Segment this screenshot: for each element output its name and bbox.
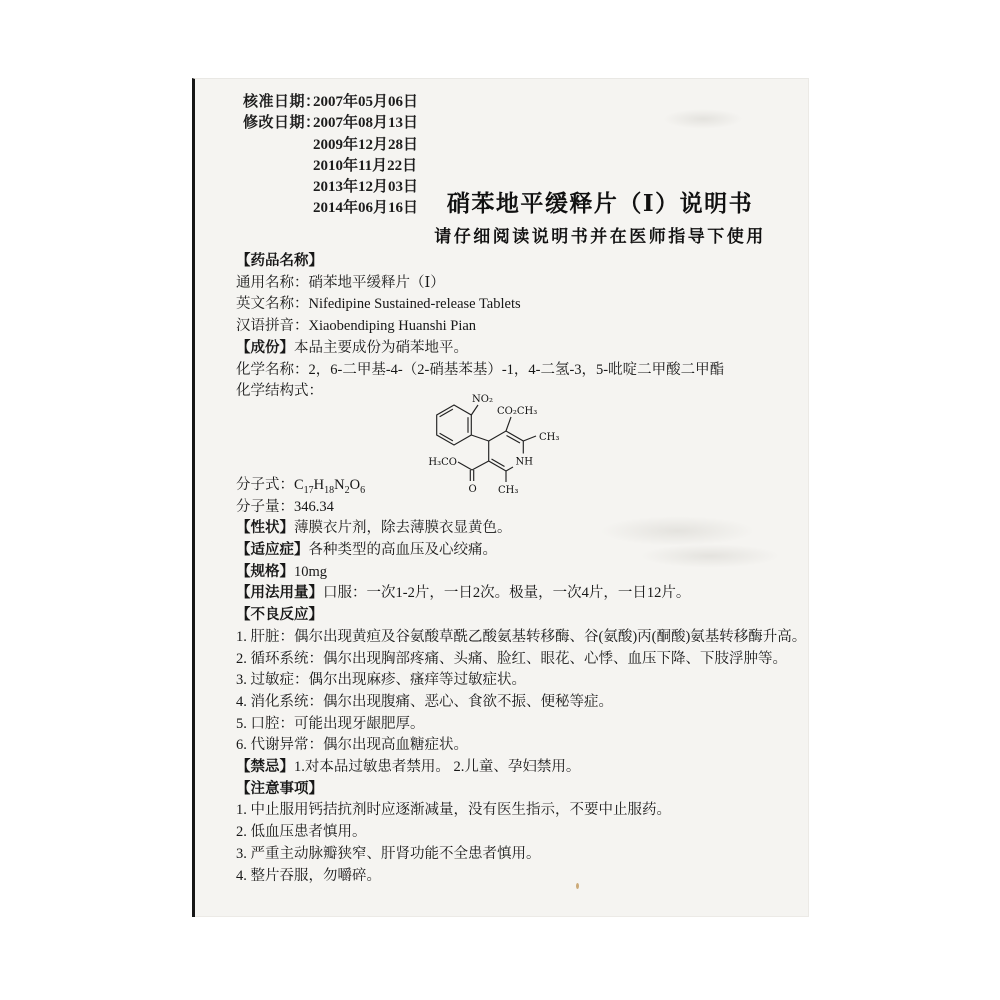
dhp-ring-edge bbox=[489, 441, 513, 471]
ester-top-label: CO₂CH₃ bbox=[497, 406, 537, 417]
benzene-ring bbox=[437, 405, 472, 445]
doc-line: 【药品名称】 bbox=[236, 251, 802, 273]
date-row: 2010年11月22日 bbox=[243, 156, 418, 177]
doc-text: 5. 口腔：可能出现牙龈肥厚。 bbox=[236, 716, 425, 732]
date-row: 2009年12月28日 bbox=[243, 135, 418, 156]
revision-date-value: 2007年08月13日 bbox=[313, 113, 418, 134]
doc-text: 4. 消化系统：偶尔出现腹痛、恶心、食欲不振、便秘等症。 bbox=[236, 694, 613, 710]
doc-line: 化学名称：2，6-二甲基-4-（2-硝基苯基）-1，4-二氢-3，5-吡啶二甲酸… bbox=[236, 360, 802, 382]
doc-text: 2. 低血压患者慎用。 bbox=[236, 824, 367, 840]
doc-text: H bbox=[314, 477, 324, 493]
doc-text: N bbox=[334, 477, 344, 493]
doc-text: 3. 严重主动脉瓣狭窄、肝肾功能不全患者慎用。 bbox=[236, 846, 541, 862]
scan-canvas: 核准日期： 2007年05月06日 修改日期： 2007年08月13日 2009… bbox=[0, 0, 1000, 1000]
carbonyl-o-label: O bbox=[469, 484, 477, 495]
methyl-right-label: CH₃ bbox=[539, 432, 559, 443]
doc-text: 汉语拼音：Xiaobendiping Huanshi Pian bbox=[236, 318, 476, 334]
section-heading: 【性状】 bbox=[236, 520, 294, 536]
section-heading: 【不良反应】 bbox=[236, 607, 323, 623]
doc-line: 【不良反应】 bbox=[236, 605, 802, 627]
doc-line: 1. 中止服用钙拮抗剂时应逐渐减量，没有医生指示，不要中止服药。 bbox=[236, 800, 802, 822]
doc-line: 6. 代谢异常：偶尔出现高血糖症状。 bbox=[236, 735, 802, 757]
doc-text: 1. 肝脏：偶尔出现黄疸及谷氨酸草酰乙酸氨基转移酶、谷(氨酸)丙(酮酸)氨基转移… bbox=[236, 629, 806, 645]
doc-text: 口服：一次1-2片，一日2次。极量，一次4片，一日12片。 bbox=[323, 585, 690, 601]
page-subtitle: 请仔细阅读说明书并在医师指导下使用 bbox=[380, 222, 820, 247]
doc-text: 2. 循环系统：偶尔出现胸部疼痛、头痛、脸红、眼花、心悸、血压下降、下肢浮肿等。 bbox=[236, 651, 787, 667]
doc-text: 化学结构式： bbox=[236, 383, 323, 399]
benzene-double-bond bbox=[440, 409, 453, 417]
doc-line: 【注意事项】 bbox=[236, 779, 802, 801]
ester-top-bond bbox=[506, 417, 511, 431]
doc-text: 1. 中止服用钙拮抗剂时应逐渐减量，没有医生指示，不要中止服药。 bbox=[236, 802, 671, 818]
doc-text: 薄膜衣片剂，除去薄膜衣显黄色。 bbox=[294, 520, 512, 536]
doc-line: 2. 低血压患者慎用。 bbox=[236, 822, 802, 844]
date-row: 核准日期： 2007年05月06日 bbox=[243, 92, 418, 113]
methyl-bottom-label: CH₃ bbox=[498, 485, 518, 496]
benzene-double-bond bbox=[440, 433, 453, 441]
doc-line: 【用法用量】口服：一次1-2片，一日2次。极量，一次4片，一日12片。 bbox=[236, 583, 802, 605]
doc-line: 通用名称：硝苯地平缓释片（Ⅰ） bbox=[236, 273, 802, 295]
doc-line: 【规格】10mg bbox=[236, 562, 802, 584]
date-row: 修改日期： 2007年08月13日 bbox=[243, 113, 418, 134]
section-heading: 【注意事项】 bbox=[236, 781, 323, 797]
doc-text: 化学名称：2，6-二甲基-4-（2-硝基苯基）-1，4-二氢-3，5-吡啶二甲酸… bbox=[236, 362, 724, 378]
nh-label: NH bbox=[516, 456, 534, 467]
revision-date-value: 2010年11月22日 bbox=[313, 156, 417, 177]
chemical-structure-diagram: NO₂ CO₂CH₃ CH₃ NH CH₃ H₃CO O bbox=[402, 391, 602, 499]
section-heading: 【用法用量】 bbox=[236, 585, 323, 601]
revision-date-value: 2009年12月28日 bbox=[313, 135, 418, 156]
doc-text: 各种类型的高血压及心绞痛。 bbox=[309, 542, 498, 558]
date-label-spacer bbox=[243, 135, 313, 156]
doc-text: 6. 代谢异常：偶尔出现高血糖症状。 bbox=[236, 737, 468, 753]
page-title: 硝苯地平缓释片（Ⅰ）说明书 bbox=[380, 190, 820, 218]
section-heading: 【禁忌】 bbox=[236, 759, 294, 775]
doc-text: 4. 整片吞服，勿嚼碎。 bbox=[236, 868, 381, 884]
section-heading: 【适应症】 bbox=[236, 542, 309, 558]
approval-date-label: 核准日期： bbox=[243, 92, 313, 113]
doc-text: 10mg bbox=[294, 564, 327, 580]
doc-text: 分子式：C bbox=[236, 477, 304, 493]
date-label-spacer bbox=[243, 198, 313, 219]
doc-line: 英文名称：Nifedipine Sustained-release Tablet… bbox=[236, 294, 802, 316]
revision-date-label: 修改日期： bbox=[243, 113, 313, 134]
methyl-right-bond bbox=[523, 436, 536, 441]
ring-link-bond bbox=[471, 435, 488, 441]
dhp-double-bond bbox=[507, 435, 521, 443]
doc-line: 3. 严重主动脉瓣狭窄、肝肾功能不全患者慎用。 bbox=[236, 844, 802, 866]
doc-line: 【适应症】各种类型的高血压及心绞痛。 bbox=[236, 540, 802, 562]
doc-text: 17 bbox=[304, 485, 314, 496]
doc-text: 1.对本品过敏患者禁用。 2.儿童、孕妇禁用。 bbox=[294, 759, 580, 775]
date-label-spacer bbox=[243, 177, 313, 198]
lines-after-structure: 分子式：C17H18N2O6分子量：346.34【性状】薄膜衣片剂，除去薄膜衣显… bbox=[236, 475, 802, 887]
section-heading: 【规格】 bbox=[236, 564, 294, 580]
methoxy-bond bbox=[458, 462, 472, 470]
no2-bond bbox=[471, 405, 478, 415]
doc-line: 1. 肝脏：偶尔出现黄疸及谷氨酸草酰乙酸氨基转移酶、谷(氨酸)丙(酮酸)氨基转移… bbox=[236, 627, 802, 649]
doc-line: 【禁忌】1.对本品过敏患者禁用。 2.儿童、孕妇禁用。 bbox=[236, 757, 802, 779]
document-body: 【药品名称】通用名称：硝苯地平缓释片（Ⅰ）英文名称：Nifedipine Sus… bbox=[236, 251, 802, 887]
chemical-structure-row: NO₂ CO₂CH₃ CH₃ NH CH₃ H₃CO O bbox=[236, 403, 802, 475]
scan-smudge bbox=[663, 109, 743, 129]
leaflet-page: 核准日期： 2007年05月06日 修改日期： 2007年08月13日 2009… bbox=[192, 78, 809, 917]
doc-line: 2. 循环系统：偶尔出现胸部疼痛、头痛、脸红、眼花、心悸、血压下降、下肢浮肿等。 bbox=[236, 649, 802, 671]
methoxy-label: H₃CO bbox=[428, 457, 457, 468]
no2-label: NO₂ bbox=[472, 394, 493, 405]
doc-line: 3. 过敏症：偶尔出现麻疹、瘙痒等过敏症状。 bbox=[236, 670, 802, 692]
dhp-double-bond bbox=[492, 459, 505, 467]
title-block: 硝苯地平缓释片（Ⅰ）说明书 请仔细阅读说明书并在医师指导下使用 bbox=[380, 190, 820, 247]
section-heading: 【成份】 bbox=[236, 340, 294, 356]
doc-text: 6 bbox=[360, 485, 365, 496]
approval-date-value: 2007年05月06日 bbox=[313, 92, 418, 113]
doc-text: 3. 过敏症：偶尔出现麻疹、瘙痒等过敏症状。 bbox=[236, 672, 526, 688]
section-heading: 【药品名称】 bbox=[236, 253, 323, 269]
doc-text: 通用名称：硝苯地平缓释片（Ⅰ） bbox=[236, 275, 445, 291]
doc-line: 汉语拼音：Xiaobendiping Huanshi Pian bbox=[236, 316, 802, 338]
doc-line: 4. 整片吞服，勿嚼碎。 bbox=[236, 866, 802, 888]
date-label-spacer bbox=[243, 156, 313, 177]
doc-text: 英文名称：Nifedipine Sustained-release Tablet… bbox=[236, 296, 521, 312]
doc-text: 分子量：346.34 bbox=[236, 499, 334, 515]
doc-line: 5. 口腔：可能出现牙龈肥厚。 bbox=[236, 714, 802, 736]
doc-line: 分子量：346.34 bbox=[236, 497, 802, 519]
doc-line: 【成份】本品主要成份为硝苯地平。 bbox=[236, 338, 802, 360]
doc-text: 本品主要成份为硝苯地平。 bbox=[294, 340, 468, 356]
doc-text: O bbox=[350, 477, 360, 493]
doc-line: 4. 消化系统：偶尔出现腹痛、恶心、食欲不振、便秘等症。 bbox=[236, 692, 802, 714]
lines-before-structure: 【药品名称】通用名称：硝苯地平缓释片（Ⅰ）英文名称：Nifedipine Sus… bbox=[236, 251, 802, 403]
doc-line: 【性状】薄膜衣片剂，除去薄膜衣显黄色。 bbox=[236, 518, 802, 540]
doc-text: 18 bbox=[324, 485, 334, 496]
ester-left-bond bbox=[472, 461, 489, 470]
